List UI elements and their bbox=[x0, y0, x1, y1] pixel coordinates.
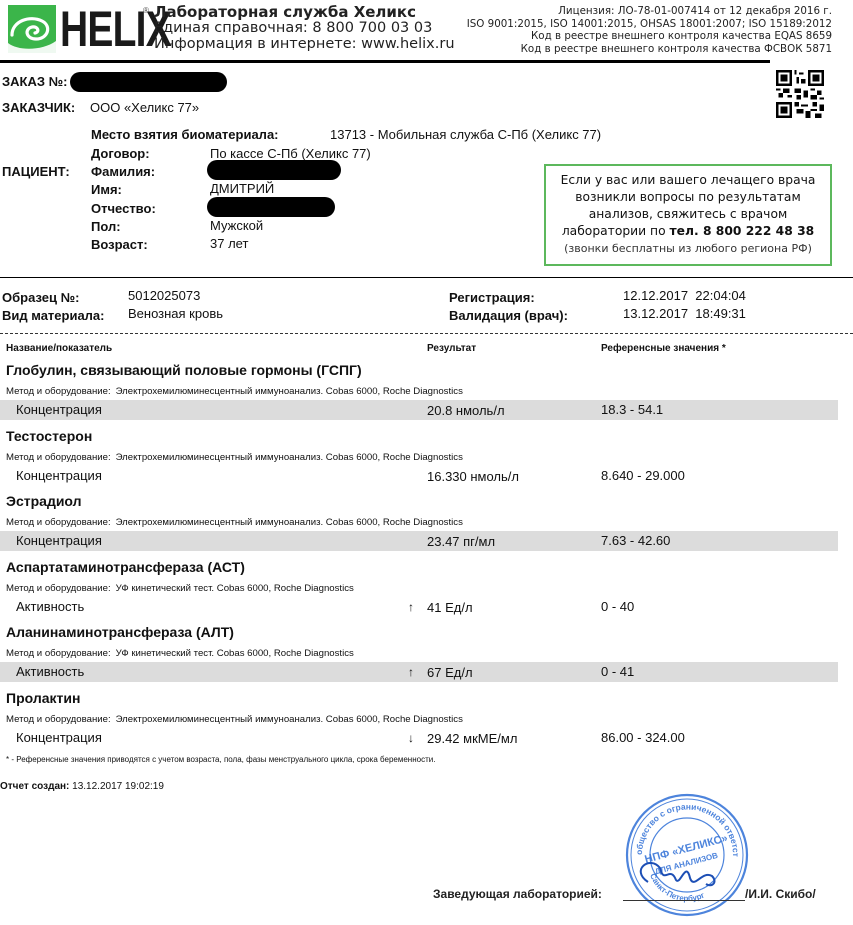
result-value: 41 Ед/л bbox=[427, 600, 473, 615]
registration-value: 12.12.2017 22:04:04 bbox=[623, 288, 746, 303]
result-value: 67 Ед/л bbox=[427, 665, 473, 680]
validation-value: 13.12.2017 18:49:31 bbox=[623, 306, 746, 321]
column-header-result: Результат bbox=[427, 343, 476, 354]
test-title: Аланинаминотрансфераза (АЛТ) bbox=[6, 624, 234, 640]
contact-line-2: возникли вопросы по результатам bbox=[546, 189, 830, 206]
contact-line-4: лаборатории по тел. 8 800 222 48 38 bbox=[546, 223, 830, 240]
collection-site-label: Место взятия биоматериала: bbox=[91, 127, 279, 142]
helpline: Единая справочная: 8 800 700 03 03 bbox=[154, 20, 455, 36]
age-value: 37 лет bbox=[210, 236, 248, 251]
redacted-patronymic bbox=[207, 197, 335, 217]
customer-label: ЗАКАЗЧИК: bbox=[2, 100, 75, 115]
contact-prefix: лаборатории по bbox=[562, 224, 670, 238]
iso-line: ISO 9001:2015, ISO 14001:2015, OHSAS 180… bbox=[467, 18, 832, 31]
report-created-label: Отчет создан: bbox=[0, 781, 69, 792]
reference-range: 0 - 40 bbox=[601, 599, 634, 614]
report-created: Отчет создан: 13.12.2017 19:02:19 bbox=[0, 781, 164, 792]
contact-line-3: анализов, свяжитесь с врачом bbox=[546, 206, 830, 223]
result-parameter: Концентрация bbox=[16, 468, 102, 483]
column-header-name: Название/показатель bbox=[6, 343, 112, 354]
result-row: Концентрация↓29.42 мкМЕ/мл86.00 - 324.00 bbox=[0, 728, 838, 748]
header-divider bbox=[0, 60, 770, 63]
test-method: Метод и оборудование:Электрохемилюминесц… bbox=[6, 714, 463, 725]
lab-info: Лабораторная служба Хеликс Единая справо… bbox=[154, 4, 455, 52]
report-header: HELIX ® Лабораторная служба Хеликс Едина… bbox=[0, 0, 853, 62]
surname-label: Фамилия: bbox=[91, 164, 155, 179]
method-label: Метод и оборудование: bbox=[6, 714, 111, 725]
method-label: Метод и оборудование: bbox=[6, 648, 111, 659]
validation-label: Валидация (врач): bbox=[449, 308, 568, 323]
customer-value: ООО «Хеликс 77» bbox=[90, 100, 199, 115]
result-value: 23.47 пг/мл bbox=[427, 534, 495, 549]
reference-range: 86.00 - 324.00 bbox=[601, 730, 685, 745]
method-value: УФ кинетический тест. Cobas 6000, Roche … bbox=[116, 648, 354, 659]
method-value: Электрохемилюминесцентный иммуноанализ. … bbox=[116, 714, 463, 725]
result-value: 29.42 мкМЕ/мл bbox=[427, 731, 517, 746]
contract-label: Договор: bbox=[91, 146, 150, 161]
reference-range: 8.640 - 29.000 bbox=[601, 468, 685, 483]
result-parameter: Концентрация bbox=[16, 533, 102, 548]
redacted-order-number bbox=[70, 72, 227, 92]
lab-name: Лабораторная служба Хеликс bbox=[154, 4, 455, 20]
registration-label: Регистрация: bbox=[449, 290, 535, 305]
sex-value: Мужской bbox=[210, 218, 263, 233]
collection-site-value: 13713 - Мобильная служба С-Пб (Хеликс 77… bbox=[330, 127, 601, 142]
reference-range: 0 - 41 bbox=[601, 664, 634, 679]
method-value: УФ кинетический тест. Cobas 6000, Roche … bbox=[116, 583, 354, 594]
result-row: Активность↑67 Ед/л0 - 41 bbox=[0, 662, 838, 682]
result-row: Активность↑41 Ед/л0 - 40 bbox=[0, 597, 838, 617]
method-label: Метод и оборудование: bbox=[6, 517, 111, 528]
section-divider bbox=[0, 277, 853, 278]
test-method: Метод и оборудование:Электрохемилюминесц… bbox=[6, 517, 463, 528]
contact-line-1: Если у вас или вашего лечащего врача bbox=[546, 172, 830, 189]
qr-code-icon bbox=[776, 70, 824, 118]
result-value: 20.8 нмоль/л bbox=[427, 403, 505, 418]
test-title: Пролактин bbox=[6, 690, 80, 706]
first-name-label: Имя: bbox=[91, 182, 122, 197]
patient-label: ПАЦИЕНТ: bbox=[2, 164, 70, 179]
contact-note: (звонки бесплатны из любого региона РФ) bbox=[546, 240, 830, 257]
svg-text:Санкт-Петербург: Санкт-Петербург bbox=[648, 872, 706, 903]
reference-footnote: * - Референсные значения приводятся с уч… bbox=[6, 755, 435, 764]
test-method: Метод и оборудование:УФ кинетический тес… bbox=[6, 583, 354, 594]
result-parameter: Концентрация bbox=[16, 730, 102, 745]
reference-range: 18.3 - 54.1 bbox=[601, 402, 663, 417]
test-title: Аспартатаминотрансфераза (АСТ) bbox=[6, 559, 245, 575]
test-method: Метод и оборудование:Электрохемилюминесц… bbox=[6, 386, 463, 397]
report-created-value: 13.12.2017 19:02:19 bbox=[72, 781, 164, 792]
signature-line bbox=[623, 900, 745, 901]
column-header-reference: Референсные значения * bbox=[601, 343, 726, 354]
test-title: Тестостерон bbox=[6, 428, 92, 444]
sample-number-label: Образец №: bbox=[2, 290, 79, 305]
age-label: Возраст: bbox=[91, 237, 148, 252]
result-row: Концентрация20.8 нмоль/л18.3 - 54.1 bbox=[0, 400, 838, 420]
test-method: Метод и оборудование:Электрохемилюминесц… bbox=[6, 452, 463, 463]
result-value: 16.330 нмоль/л bbox=[427, 469, 519, 484]
order-number-label: ЗАКАЗ №: bbox=[2, 74, 67, 89]
result-parameter: Активность bbox=[16, 664, 84, 679]
license-line: Лицензия: ЛО-78-01-007414 от 12 декабря … bbox=[467, 5, 832, 18]
method-value: Электрохемилюминесцентный иммуноанализ. … bbox=[116, 517, 463, 528]
license-block: Лицензия: ЛО-78-01-007414 от 12 декабря … bbox=[467, 5, 832, 55]
method-value: Электрохемилюминесцентный иммуноанализ. … bbox=[116, 452, 463, 463]
arrow-up-icon: ↑ bbox=[408, 600, 414, 614]
result-parameter: Активность bbox=[16, 599, 84, 614]
result-row: Концентрация23.47 пг/мл7.63 - 42.60 bbox=[0, 531, 838, 551]
stamp-city-text: Санкт-Петербург bbox=[648, 872, 706, 903]
test-title: Глобулин, связывающий половые гормоны (Г… bbox=[6, 362, 362, 378]
head-of-lab-name: /И.И. Скибо/ bbox=[745, 887, 816, 901]
sex-label: Пол: bbox=[91, 219, 121, 234]
fsvok-line: Код в реестре внешнего контроля качества… bbox=[467, 43, 832, 56]
arrow-up-icon: ↑ bbox=[408, 665, 414, 679]
redacted-surname bbox=[207, 160, 341, 180]
contact-phone[interactable]: тел. 8 800 222 48 38 bbox=[670, 224, 815, 238]
result-parameter: Концентрация bbox=[16, 402, 102, 417]
registered-mark: ® bbox=[143, 6, 149, 15]
doctor-contact-box: Если у вас или вашего лечащего врача воз… bbox=[544, 164, 832, 266]
eqas-line: Код в реестре внешнего контроля качества… bbox=[467, 30, 832, 43]
dashed-divider bbox=[0, 333, 853, 334]
method-label: Метод и оборудование: bbox=[6, 452, 111, 463]
result-row: Концентрация16.330 нмоль/л8.640 - 29.000 bbox=[0, 466, 838, 486]
test-method: Метод и оборудование:УФ кинетический тес… bbox=[6, 648, 354, 659]
helix-logo-swirl-icon bbox=[8, 5, 56, 53]
material-value: Венозная кровь bbox=[128, 306, 223, 321]
website: Информация в интернете: www.helix.ru bbox=[154, 36, 455, 52]
contract-value: По кассе С-Пб (Хеликс 77) bbox=[210, 146, 371, 161]
reference-range: 7.63 - 42.60 bbox=[601, 533, 670, 548]
arrow-down-icon: ↓ bbox=[408, 731, 414, 745]
first-name-value: ДМИТРИЙ bbox=[210, 181, 274, 196]
sample-number-value: 5012025073 bbox=[128, 288, 200, 303]
method-label: Метод и оборудование: bbox=[6, 386, 111, 397]
head-of-lab-label: Заведующая лабораторией: bbox=[433, 887, 602, 901]
method-value: Электрохемилюминесцентный иммуноанализ. … bbox=[116, 386, 463, 397]
material-label: Вид материала: bbox=[2, 308, 105, 323]
method-label: Метод и оборудование: bbox=[6, 583, 111, 594]
patronymic-label: Отчество: bbox=[91, 201, 156, 216]
test-title: Эстрадиол bbox=[6, 493, 82, 509]
